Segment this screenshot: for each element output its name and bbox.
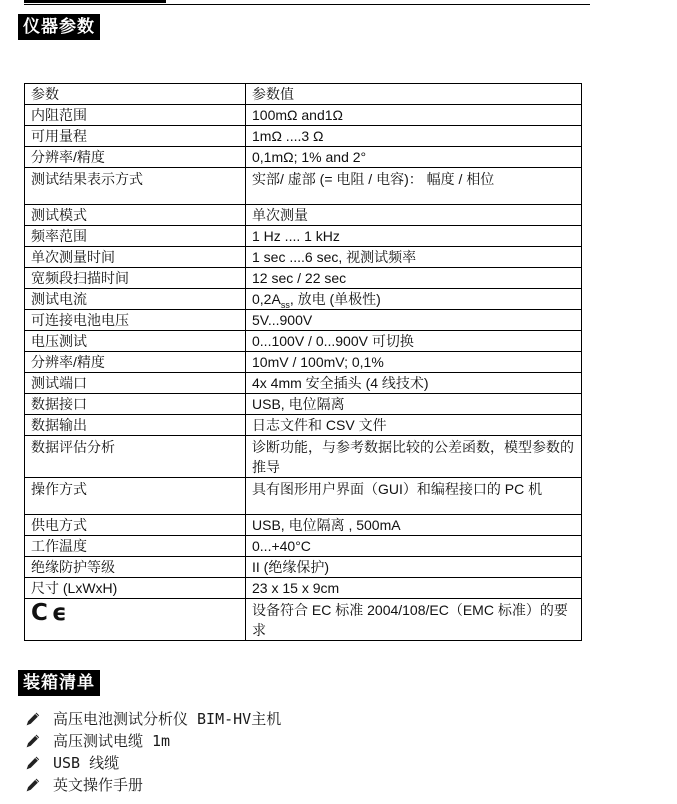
document-page: 仪器参数 参数 参数值 内阻范围 100mΩ and1Ω 可用量程 1mΩ ..… (0, 0, 677, 804)
table-row: 分辨率/精度 10mV / 100mV; 0,1% (25, 352, 582, 373)
value-cell: 10mV / 100mV; 0,1% (246, 352, 582, 373)
value-cell: 日志文件和 CSV 文件 (246, 415, 582, 436)
value-cell: II (绝缘保护) (246, 557, 582, 578)
table-row: 内阻范围 100mΩ and1Ω (25, 105, 582, 126)
param-cell: 数据评估分析 (25, 436, 246, 478)
table-row: Cϵ 设备符合 EC 标准 2004/108/EC（EMC 标准）的要求 (25, 599, 582, 641)
table-row: 尺寸 (LxWxH) 23 x 15 x 9cm (25, 578, 582, 599)
value-cell: 单次测量 (246, 205, 582, 226)
table-row: 可连接电池电压 5V...900V (25, 310, 582, 331)
list-item: 高压电池测试分析仪 BIM-HV主机 (26, 707, 677, 729)
pencil-icon (26, 711, 41, 726)
param-cell: 频率范围 (25, 226, 246, 247)
table-row: 宽频段扫描时间 12 sec / 22 sec (25, 268, 582, 289)
spec-table-body: 内阻范围 100mΩ and1Ω 可用量程 1mΩ ....3 Ω 分辨率/精度… (25, 105, 582, 641)
cutoff-header-fragment (24, 0, 166, 3)
table-row: 可用量程 1mΩ ....3 Ω (25, 126, 582, 147)
table-row: 数据评估分析 诊断功能，与参考数据比较的公差函数，模型参数的推导 (25, 436, 582, 478)
packing-list-section: 装箱清单 高压电池测试分析仪 BIM-HV主机 高压测试电缆 1m (18, 670, 677, 795)
value-cell: 0,2Ass, 放电 (单极性) (246, 289, 582, 310)
value-cell: 1 sec ....6 sec, 视测试频率 (246, 247, 582, 268)
value-cell: USB, 电位隔离 (246, 394, 582, 415)
table-row: 供电方式 USB, 电位隔离 , 500mA (25, 515, 582, 536)
value-cell: USB, 电位隔离 , 500mA (246, 515, 582, 536)
param-cell: 操作方式 (25, 478, 246, 515)
value-column-header: 参数值 (246, 84, 582, 105)
pencil-icon (26, 755, 41, 770)
value-cell: 0...+40°C (246, 536, 582, 557)
param-cell: 测试结果表示方式 (25, 168, 246, 205)
param-cell: 供电方式 (25, 515, 246, 536)
param-cell: 尺寸 (LxWxH) (25, 578, 246, 599)
value-cell: 5V...900V (246, 310, 582, 331)
param-cell: 可连接电池电压 (25, 310, 246, 331)
value-cell: 0...100V / 0...900V 可切换 (246, 331, 582, 352)
list-item-label: 高压电池测试分析仪 BIM-HV主机 (53, 708, 281, 729)
value-cell: 0,1mΩ; 1% and 2° (246, 147, 582, 168)
pencil-icon (26, 777, 41, 792)
list-item-label: 高压测试电缆 1m (53, 730, 170, 751)
param-cell: 宽频段扫描时间 (25, 268, 246, 289)
list-item: 高压测试电缆 1m (26, 729, 677, 751)
table-row: 测试结果表示方式 实部/ 虚部 (= 电阻 / 电容)： 幅度 / 相位 (25, 168, 582, 205)
param-cell: 测试模式 (25, 205, 246, 226)
table-row: 绝缘防护等级 II (绝缘保护) (25, 557, 582, 578)
param-cell: 可用量程 (25, 126, 246, 147)
param-cell: 电压测试 (25, 331, 246, 352)
table-row: 频率范围 1 Hz .... 1 kHz (25, 226, 582, 247)
value-cell: 1mΩ ....3 Ω (246, 126, 582, 147)
packing-heading-badge: 装箱清单 (18, 670, 100, 696)
table-row: 分辨率/精度 0,1mΩ; 1% and 2° (25, 147, 582, 168)
top-horizontal-rule (24, 4, 590, 5)
packing-list: 高压电池测试分析仪 BIM-HV主机 高压测试电缆 1m USB 线缆 (26, 707, 677, 795)
table-row: 单次测量时间 1 sec ....6 sec, 视测试频率 (25, 247, 582, 268)
param-cell: 绝缘防护等级 (25, 557, 246, 578)
table-row: 工作温度 0...+40°C (25, 536, 582, 557)
ce-mark-logo: Cϵ (31, 600, 71, 626)
params-heading-badge: 仪器参数 (18, 14, 100, 40)
table-row: 操作方式 具有图形用户界面（GUI）和编程接口的 PC 机 (25, 478, 582, 515)
instrument-params-section-heading: 仪器参数 (18, 14, 677, 40)
pencil-icon (26, 733, 41, 748)
list-item-label: 英文操作手册 (53, 774, 143, 795)
spec-table-header-row: 参数 参数值 (25, 84, 582, 105)
param-cell: 内阻范围 (25, 105, 246, 126)
table-row: 数据接口 USB, 电位隔离 (25, 394, 582, 415)
spec-table: 参数 参数值 内阻范围 100mΩ and1Ω 可用量程 1mΩ ....3 Ω… (24, 83, 582, 641)
param-cell: 测试电流 (25, 289, 246, 310)
param-cell: 数据接口 (25, 394, 246, 415)
value-cell: 诊断功能，与参考数据比较的公差函数，模型参数的推导 (246, 436, 582, 478)
table-row: 电压测试 0...100V / 0...900V 可切换 (25, 331, 582, 352)
param-cell: 分辨率/精度 (25, 147, 246, 168)
param-cell: 数据输出 (25, 415, 246, 436)
value-cell: 设备符合 EC 标准 2004/108/EC（EMC 标准）的要求 (246, 599, 582, 641)
param-cell: 单次测量时间 (25, 247, 246, 268)
param-column-header: 参数 (25, 84, 246, 105)
value-cell: 12 sec / 22 sec (246, 268, 582, 289)
table-row: 测试模式 单次测量 (25, 205, 582, 226)
param-cell: 测试端口 (25, 373, 246, 394)
param-cell: Cϵ (25, 599, 246, 641)
table-row: 数据输出 日志文件和 CSV 文件 (25, 415, 582, 436)
value-cell: 1 Hz .... 1 kHz (246, 226, 582, 247)
list-item: USB 线缆 (26, 751, 677, 773)
value-cell: 100mΩ and1Ω (246, 105, 582, 126)
table-row: 测试电流 0,2Ass, 放电 (单极性) (25, 289, 582, 310)
value-cell: 23 x 15 x 9cm (246, 578, 582, 599)
value-cell: 具有图形用户界面（GUI）和编程接口的 PC 机 (246, 478, 582, 515)
value-cell: 4x 4mm 安全插头 (4 线技术) (246, 373, 582, 394)
param-cell: 工作温度 (25, 536, 246, 557)
list-item: 英文操作手册 (26, 773, 677, 795)
value-cell: 实部/ 虚部 (= 电阻 / 电容)： 幅度 / 相位 (246, 168, 582, 205)
list-item-label: USB 线缆 (53, 752, 119, 773)
param-cell: 分辨率/精度 (25, 352, 246, 373)
table-row: 测试端口 4x 4mm 安全插头 (4 线技术) (25, 373, 582, 394)
